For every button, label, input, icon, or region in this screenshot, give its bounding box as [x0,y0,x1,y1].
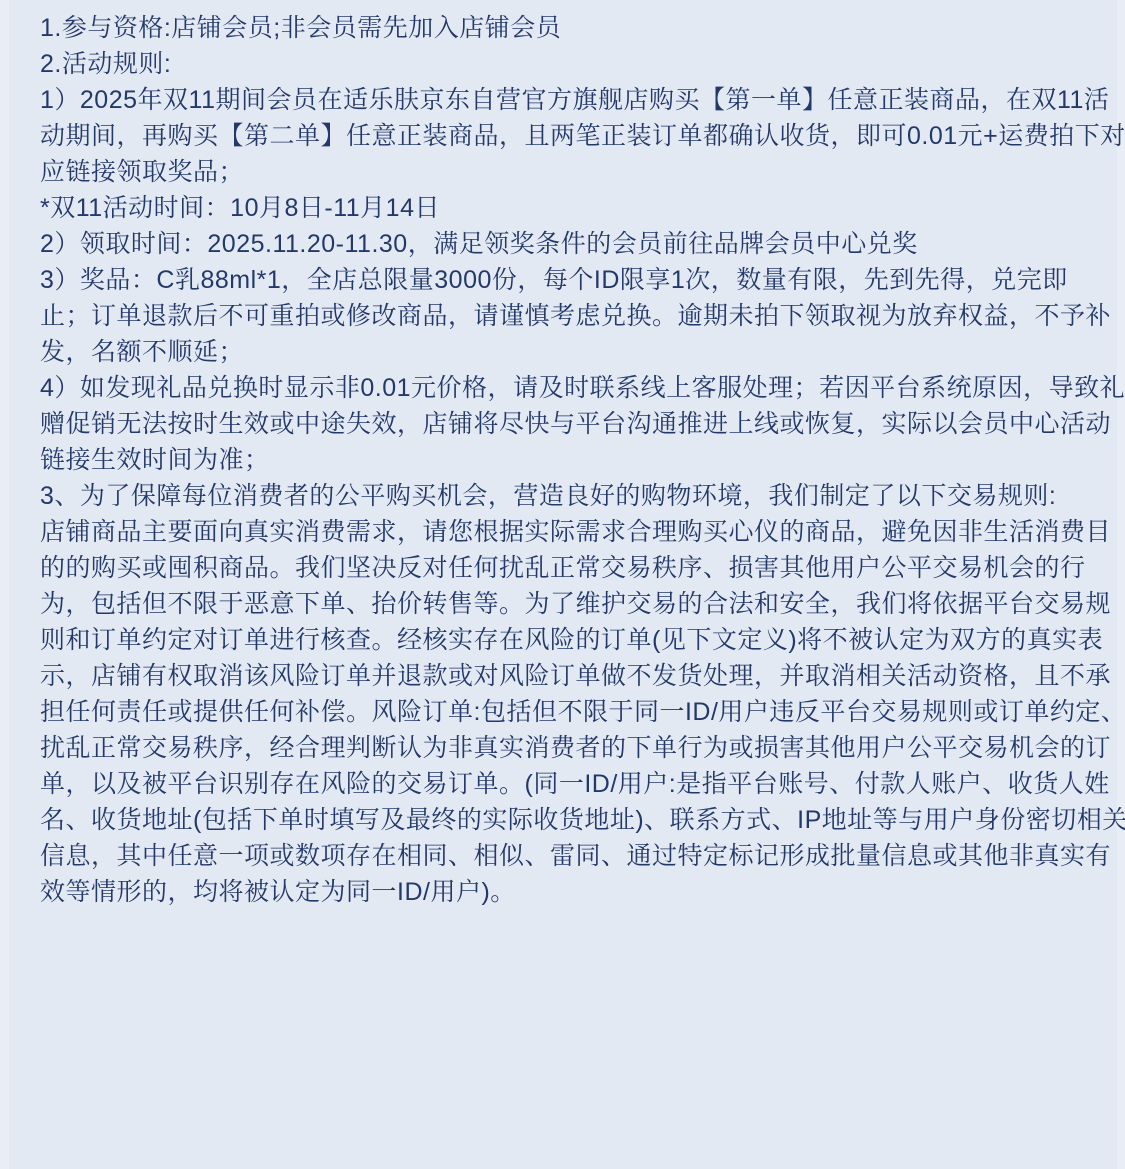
rules-line: 店铺商品主要面向真实消费需求，请您根据实际需求合理购买心仪的商品，避免因非生活消… [40,514,1117,550]
rules-line: 链接生效时间为准； [40,442,1117,478]
rules-line: 4）如发现礼品兑换时显示非0.01元价格，请及时联系线上客服处理；若因平台系统原… [40,370,1117,406]
rules-line-activity-time: *双11活动时间：10月8日-11月14日 [40,190,1117,226]
rules-line: 名、收货地址(包括下单时填写及最终的实际收货地址)、联系方式、IP地址等与用户身… [40,802,1117,838]
rules-line: 止；订单退款后不可重拍或修改商品，请谨慎考虑兑换。逾期未拍下领取视为放弃权益，不… [40,298,1117,334]
rules-line-claim-time: 2）领取时间：2025.11.20-11.30，满足领奖条件的会员前往品牌会员中… [40,226,1117,262]
rules-line: 动期间，再购买【第二单】任意正装商品，且两笔正装订单都确认收货，即可0.01元+… [40,118,1117,154]
rules-line: 为，包括但不限于恶意下单、抬价转售等。为了维护交易的合法和安全，我们将依据平台交… [40,586,1117,622]
rules-line-prize: 3）奖品：C乳88ml*1，全店总限量3000份，每个ID限享1次，数量有限，先… [40,262,1117,298]
rules-line: 赠促销无法按时生效或中途失效，店铺将尽快与平台沟通推进上线或恢复，实际以会员中心… [40,406,1117,442]
rules-line: 担任何责任或提供任何补偿。风险订单:包括但不限于同一ID/用户违反平台交易规则或… [40,694,1117,730]
rules-line: 则和订单约定对订单进行核查。经核实存在风险的订单(见下文定义)将不被认定为双方的… [40,622,1117,658]
rules-line: 的的购买或囤积商品。我们坚决反对任何扰乱正常交易秩序、损害其他用户公平交易机会的… [40,550,1117,586]
activity-rules-panel: 1.参与资格:店铺会员;非会员需先加入店铺会员 2.活动规则: 1）2025年双… [9,0,1117,1169]
rules-line: 效等情形的，均将被认定为同一ID/用户)。 [40,874,1117,910]
rules-line: 发，名额不顺延； [40,334,1117,370]
rules-line-eligibility: 1.参与资格:店铺会员;非会员需先加入店铺会员 [40,10,1117,46]
rules-line-trade-rules-heading: 3、为了保障每位消费者的公平购买机会，营造良好的购物环境，我们制定了以下交易规则… [40,478,1117,514]
rules-line: 应链接领取奖品； [40,154,1117,190]
rules-line: 示，店铺有权取消该风险订单并退款或对风险订单做不发货处理，并取消相关活动资格，且… [40,658,1117,694]
rules-line: 扰乱正常交易秩序，经合理判断认为非真实消费者的下单行为或损害其他用户公平交易机会… [40,730,1117,766]
rules-line: 信息，其中任意一项或数项存在相同、相似、雷同、通过特定标记形成批量信息或其他非真… [40,838,1117,874]
rules-line: 单，以及被平台识别存在风险的交易订单。(同一ID/用户:是指平台账号、付款人账户… [40,766,1117,802]
rules-line-heading: 2.活动规则: [40,46,1117,82]
rules-line: 1）2025年双11期间会员在适乐肤京东自营官方旗舰店购买【第一单】任意正装商品… [40,82,1117,118]
